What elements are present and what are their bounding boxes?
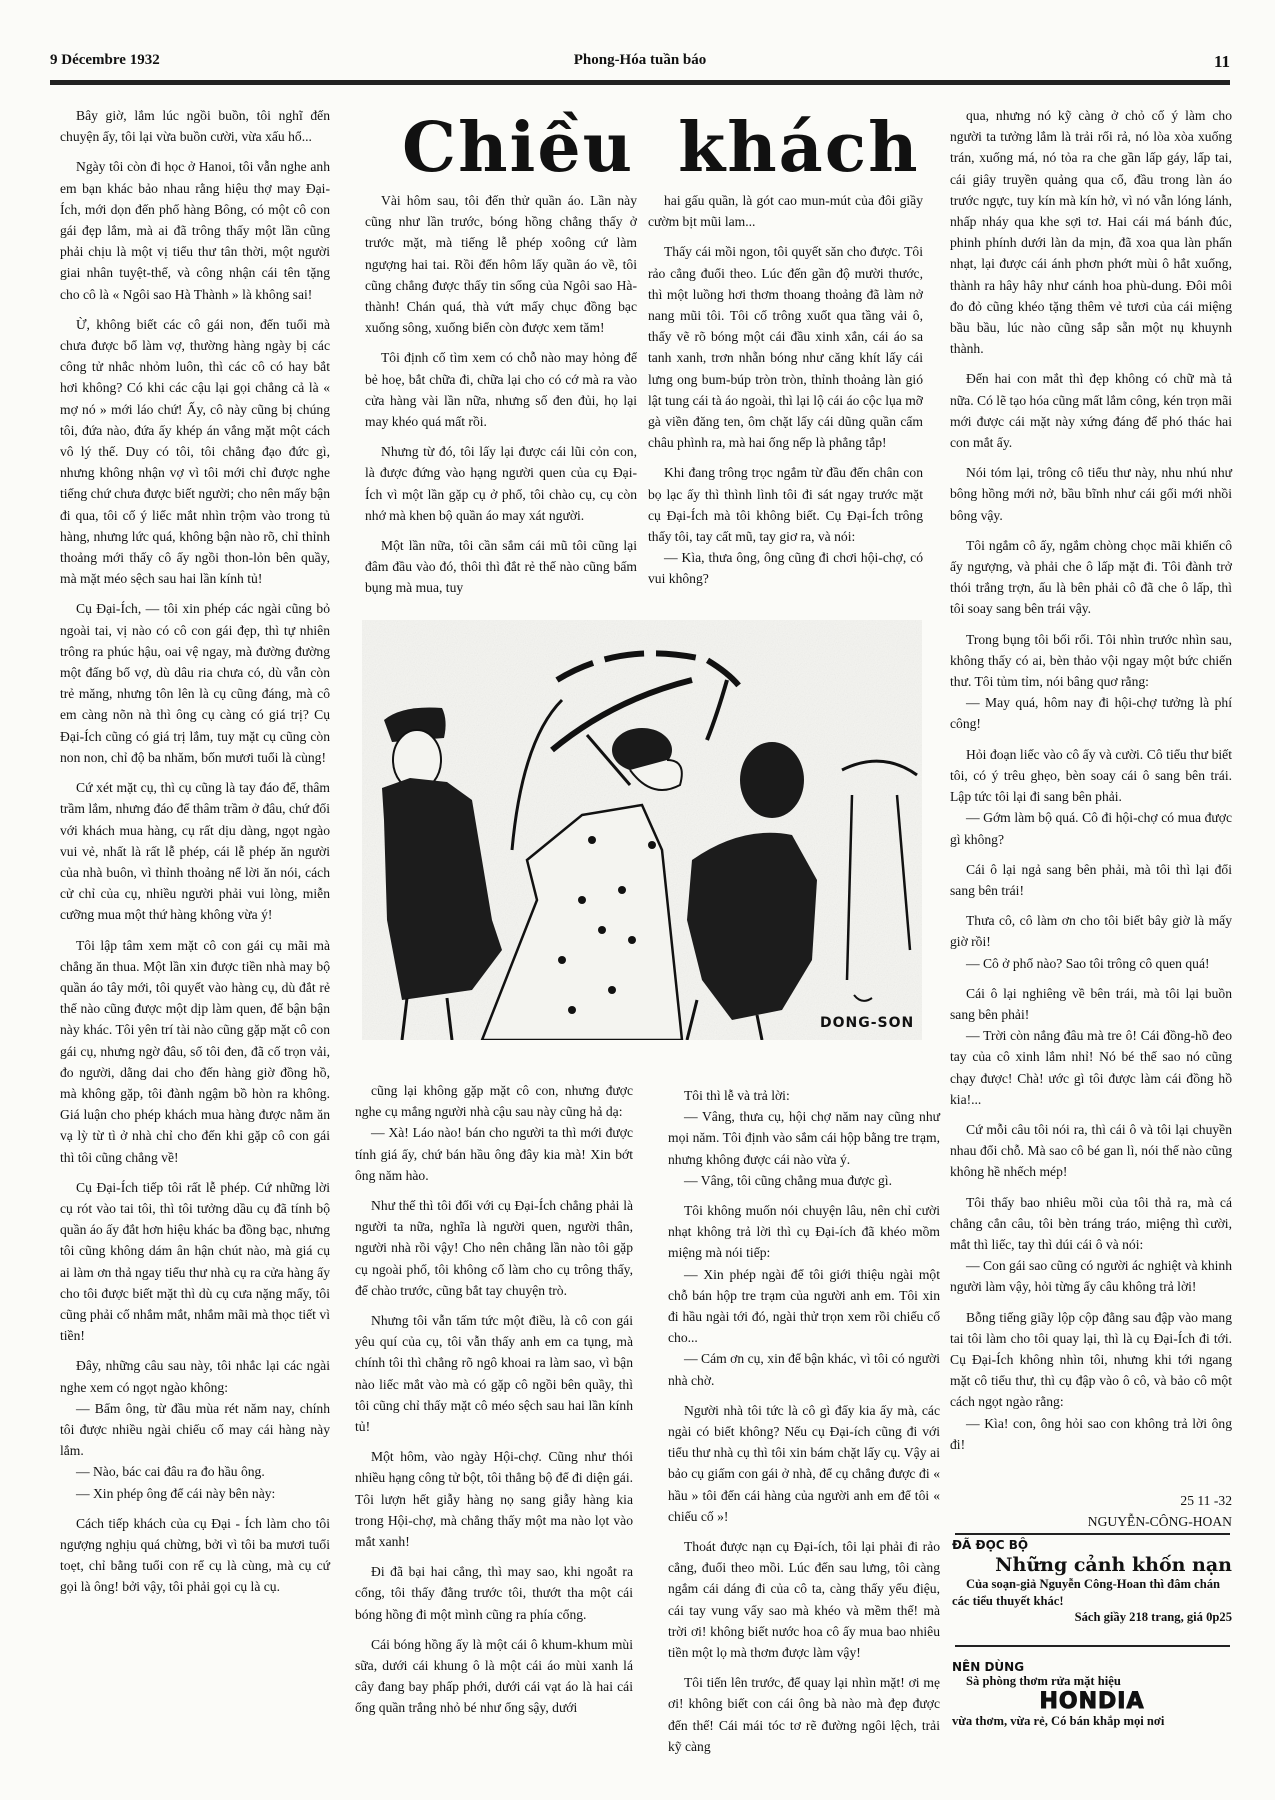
paragraph: Đây, những câu sau này, tôi nhắc lại các… bbox=[60, 1355, 330, 1397]
soap-advertisement: NÊN DÙNG Sà phòng thơm rửa mặt hiệu HOND… bbox=[952, 1660, 1232, 1729]
paragraph: Người nhà tôi tức là cô gì đấy kia ấy mà… bbox=[668, 1400, 940, 1527]
paragraph: — Cám ơn cụ, xin để bận khác, vì tôi có … bbox=[668, 1348, 940, 1390]
paragraph: Nhưng tôi vẫn tấm tức một điều, là cô co… bbox=[355, 1310, 633, 1437]
article-title: Chiềukhách bbox=[380, 108, 900, 188]
illustration-image bbox=[362, 620, 922, 1040]
paragraph: — Kìa! con, ông hỏi sao con không trả lờ… bbox=[950, 1413, 1232, 1455]
paragraph: — Trời còn nắng đâu mà tre ô! Cái đồng-h… bbox=[950, 1025, 1232, 1110]
paragraph: — Xà! Láo nào! bán cho người ta thì mới … bbox=[355, 1122, 633, 1186]
paragraph: Trong bụng tôi bối rối. Tôi nhìn trước n… bbox=[950, 629, 1232, 693]
paragraph: Cái ô lại nghiêng về bên trái, mà tôi lạ… bbox=[950, 983, 1232, 1025]
column-1: Bây giờ, lắm lúc ngồi buồn, tôi nghĩ đến… bbox=[60, 105, 330, 1598]
paragraph: — Xin phép ngài để tôi giới thiệu ngài m… bbox=[668, 1264, 940, 1349]
paragraph: Tôi thì lễ và trả lời: bbox=[668, 1085, 940, 1106]
soap-description: Sà phòng thơm rửa mặt hiệu bbox=[966, 1674, 1232, 1689]
paragraph: Tôi lập tâm xem mặt cô con gái cụ mãi mà… bbox=[60, 935, 330, 1168]
column-2-top: Vài hôm sau, tôi đến thử quần áo. Lần nà… bbox=[365, 190, 637, 599]
paragraph: — Cô ở phố nào? Sao tôi trông cô quen qu… bbox=[950, 953, 1232, 974]
paragraph: Nói tóm lại, trông cô tiểu thư này, nhu … bbox=[950, 462, 1232, 526]
paragraph: Một lần nữa, tôi cần sắm cái mũ tôi cũng… bbox=[365, 535, 637, 599]
paragraph: — Xin phép ông để cái này bên này: bbox=[60, 1483, 330, 1504]
page-number: 11 bbox=[1214, 52, 1230, 72]
paragraph: Thưa cô, cô làm ơn cho tôi biết bây giờ … bbox=[950, 910, 1232, 952]
paragraph: Thấy cái mồi ngon, tôi quyết săn cho đượ… bbox=[648, 241, 923, 453]
paragraph: Cái ô lại ngả sang bên phải, mà tôi thì … bbox=[950, 859, 1232, 901]
ad-kicker: NÊN DÙNG bbox=[952, 1660, 1232, 1674]
paragraph: Đi đã bại hai cẳng, thì may sao, khi ngo… bbox=[355, 1561, 633, 1625]
paragraph: Hỏi đoạn liếc vào cô ấy và cười. Cô tiểu… bbox=[950, 744, 1232, 808]
header-rule bbox=[50, 80, 1230, 85]
paragraph: Vài hôm sau, tôi đến thử quần áo. Lần nà… bbox=[365, 190, 637, 338]
paragraph: Bỗng tiếng giầy lộp cộp đằng sau đập vào… bbox=[950, 1307, 1232, 1413]
paragraph: Một hôm, vào ngày Hội-chợ. Cũng như thói… bbox=[355, 1446, 633, 1552]
book-advertisement: ĐÃ ĐỌC BỘ Những cảnh khốn nạn Của soạn-g… bbox=[952, 1538, 1232, 1625]
column-3-top: hai gấu quần, là gót cao mun-mút của đôi… bbox=[648, 190, 923, 590]
book-blurb: Của soạn-giả Nguyễn Công-Hoan thì đâm ch… bbox=[952, 1576, 1232, 1610]
paragraph: — May quá, hôm nay đi hội-chợ tưởng là p… bbox=[950, 692, 1232, 734]
paragraph: Khi đang trông trọc ngắm từ đầu đến chân… bbox=[648, 462, 923, 547]
paragraph: — Gớm làm bộ quá. Cô đi hội-chợ có mua đ… bbox=[950, 807, 1232, 849]
paragraph: — Vâng, thưa cụ, hội chợ năm nay cũng nh… bbox=[668, 1106, 940, 1170]
author-name: NGUYỄN-CÔNG-HOAN bbox=[950, 1511, 1232, 1532]
paragraph: qua, nhưng nó kỹ càng ở chỏ cố ý làm cho… bbox=[950, 105, 1232, 359]
paragraph: Cứ mỗi câu tôi nói ra, thì cái ô và tôi … bbox=[950, 1119, 1232, 1183]
divider-rule bbox=[955, 1645, 1230, 1647]
paragraph: Ngày tôi còn đi học ở Hanoi, tôi vẫn ngh… bbox=[60, 156, 330, 304]
divider-rule bbox=[955, 1533, 1230, 1535]
paragraph: Đến hai con mắt thì đẹp không có chữ mà … bbox=[950, 368, 1232, 453]
paragraph: Tôi định cố tìm xem có chỗ nào may hỏng … bbox=[365, 347, 637, 432]
publication-name: Phong-Hóa tuần báo bbox=[50, 52, 1230, 69]
paragraph: Nhưng từ đó, tôi lấy lại được cái lũi cỏ… bbox=[365, 441, 637, 526]
paragraph: Ừ, không biết các cô gái non, đến tuổi m… bbox=[60, 314, 330, 590]
paragraph: hai gấu quần, là gót cao mun-mút của đôi… bbox=[648, 190, 923, 232]
column-2-bottom: cũng lại không gặp mặt cô con, nhưng đượ… bbox=[355, 1080, 633, 1719]
soap-tagline: vừa thơm, vừa rẻ, Có bán khắp mọi nơi bbox=[952, 1714, 1232, 1729]
column-3-bottom: Tôi thì lễ và trả lời:— Vâng, thưa cụ, h… bbox=[668, 1085, 940, 1757]
paragraph: — Nào, bác cai đâu ra đo hầu ông. bbox=[60, 1461, 330, 1482]
paragraph: Cụ Đại-Ích, — tôi xin phép các ngài cũng… bbox=[60, 598, 330, 768]
illustrator-signature: DONG-SON bbox=[820, 1015, 914, 1031]
paragraph: — Vâng, tôi cũng chẳng mua được gì. bbox=[668, 1170, 940, 1191]
paragraph: Cách tiếp khách của cụ Đại - Ích làm cho… bbox=[60, 1513, 330, 1598]
paragraph: Như thế thì tôi đối với cụ Đại-Ích chẳng… bbox=[355, 1195, 633, 1301]
paragraph: Tôi tiến lên trước, để quay lại nhìn mặt… bbox=[668, 1672, 940, 1757]
title-word-2: khách bbox=[678, 108, 919, 188]
paragraph: Cứ xét mặt cụ, thì cụ cũng là tay đáo để… bbox=[60, 777, 330, 925]
book-price: Sách giầy 218 trang, giá 0p25 bbox=[952, 1610, 1232, 1625]
dateline: 25 11 -32 bbox=[950, 1490, 1232, 1511]
paragraph: — Bẩm ông, từ đầu mùa rét năm nay, chính… bbox=[60, 1398, 330, 1462]
paragraph: Cụ Đại-Ích tiếp tôi rất lễ phép. Cứ nhữn… bbox=[60, 1177, 330, 1347]
paragraph: Cái bóng hồng ấy là một cái ô khum-khum … bbox=[355, 1634, 633, 1719]
soap-brand: HONDIA bbox=[952, 1689, 1232, 1714]
byline: 25 11 -32 NGUYỄN-CÔNG-HOAN bbox=[950, 1490, 1232, 1532]
book-title: Những cảnh khốn nạn bbox=[952, 1554, 1232, 1576]
title-word-1: Chiều bbox=[402, 108, 634, 188]
paragraph: Tôi thấy bao nhiêu mồi của tôi thả ra, m… bbox=[950, 1192, 1232, 1256]
paragraph: — Con gái sao cũng có người ác nghiệt và… bbox=[950, 1255, 1232, 1297]
paragraph: Thoát được nạn cụ Đại-ích, tôi lại phải … bbox=[668, 1536, 940, 1663]
paragraph: Tôi ngắm cô ấy, ngắm chòng chọc mãi khiế… bbox=[950, 535, 1232, 620]
paragraph: Tôi không muốn nói chuyện lâu, nên chỉ c… bbox=[668, 1200, 940, 1264]
paragraph: cũng lại không gặp mặt cô con, nhưng đượ… bbox=[355, 1080, 633, 1122]
paragraph: Bây giờ, lắm lúc ngồi buồn, tôi nghĩ đến… bbox=[60, 105, 330, 147]
page-header: 9 Décembre 1932 Phong-Hóa tuần báo 11 bbox=[50, 52, 1230, 78]
column-4: qua, nhưng nó kỹ càng ở chỏ cố ý làm cho… bbox=[950, 105, 1232, 1455]
paragraph: — Kìa, thưa ông, ông cũng đi chơi hội-ch… bbox=[648, 547, 923, 589]
ad-kicker: ĐÃ ĐỌC BỘ bbox=[952, 1538, 1232, 1552]
